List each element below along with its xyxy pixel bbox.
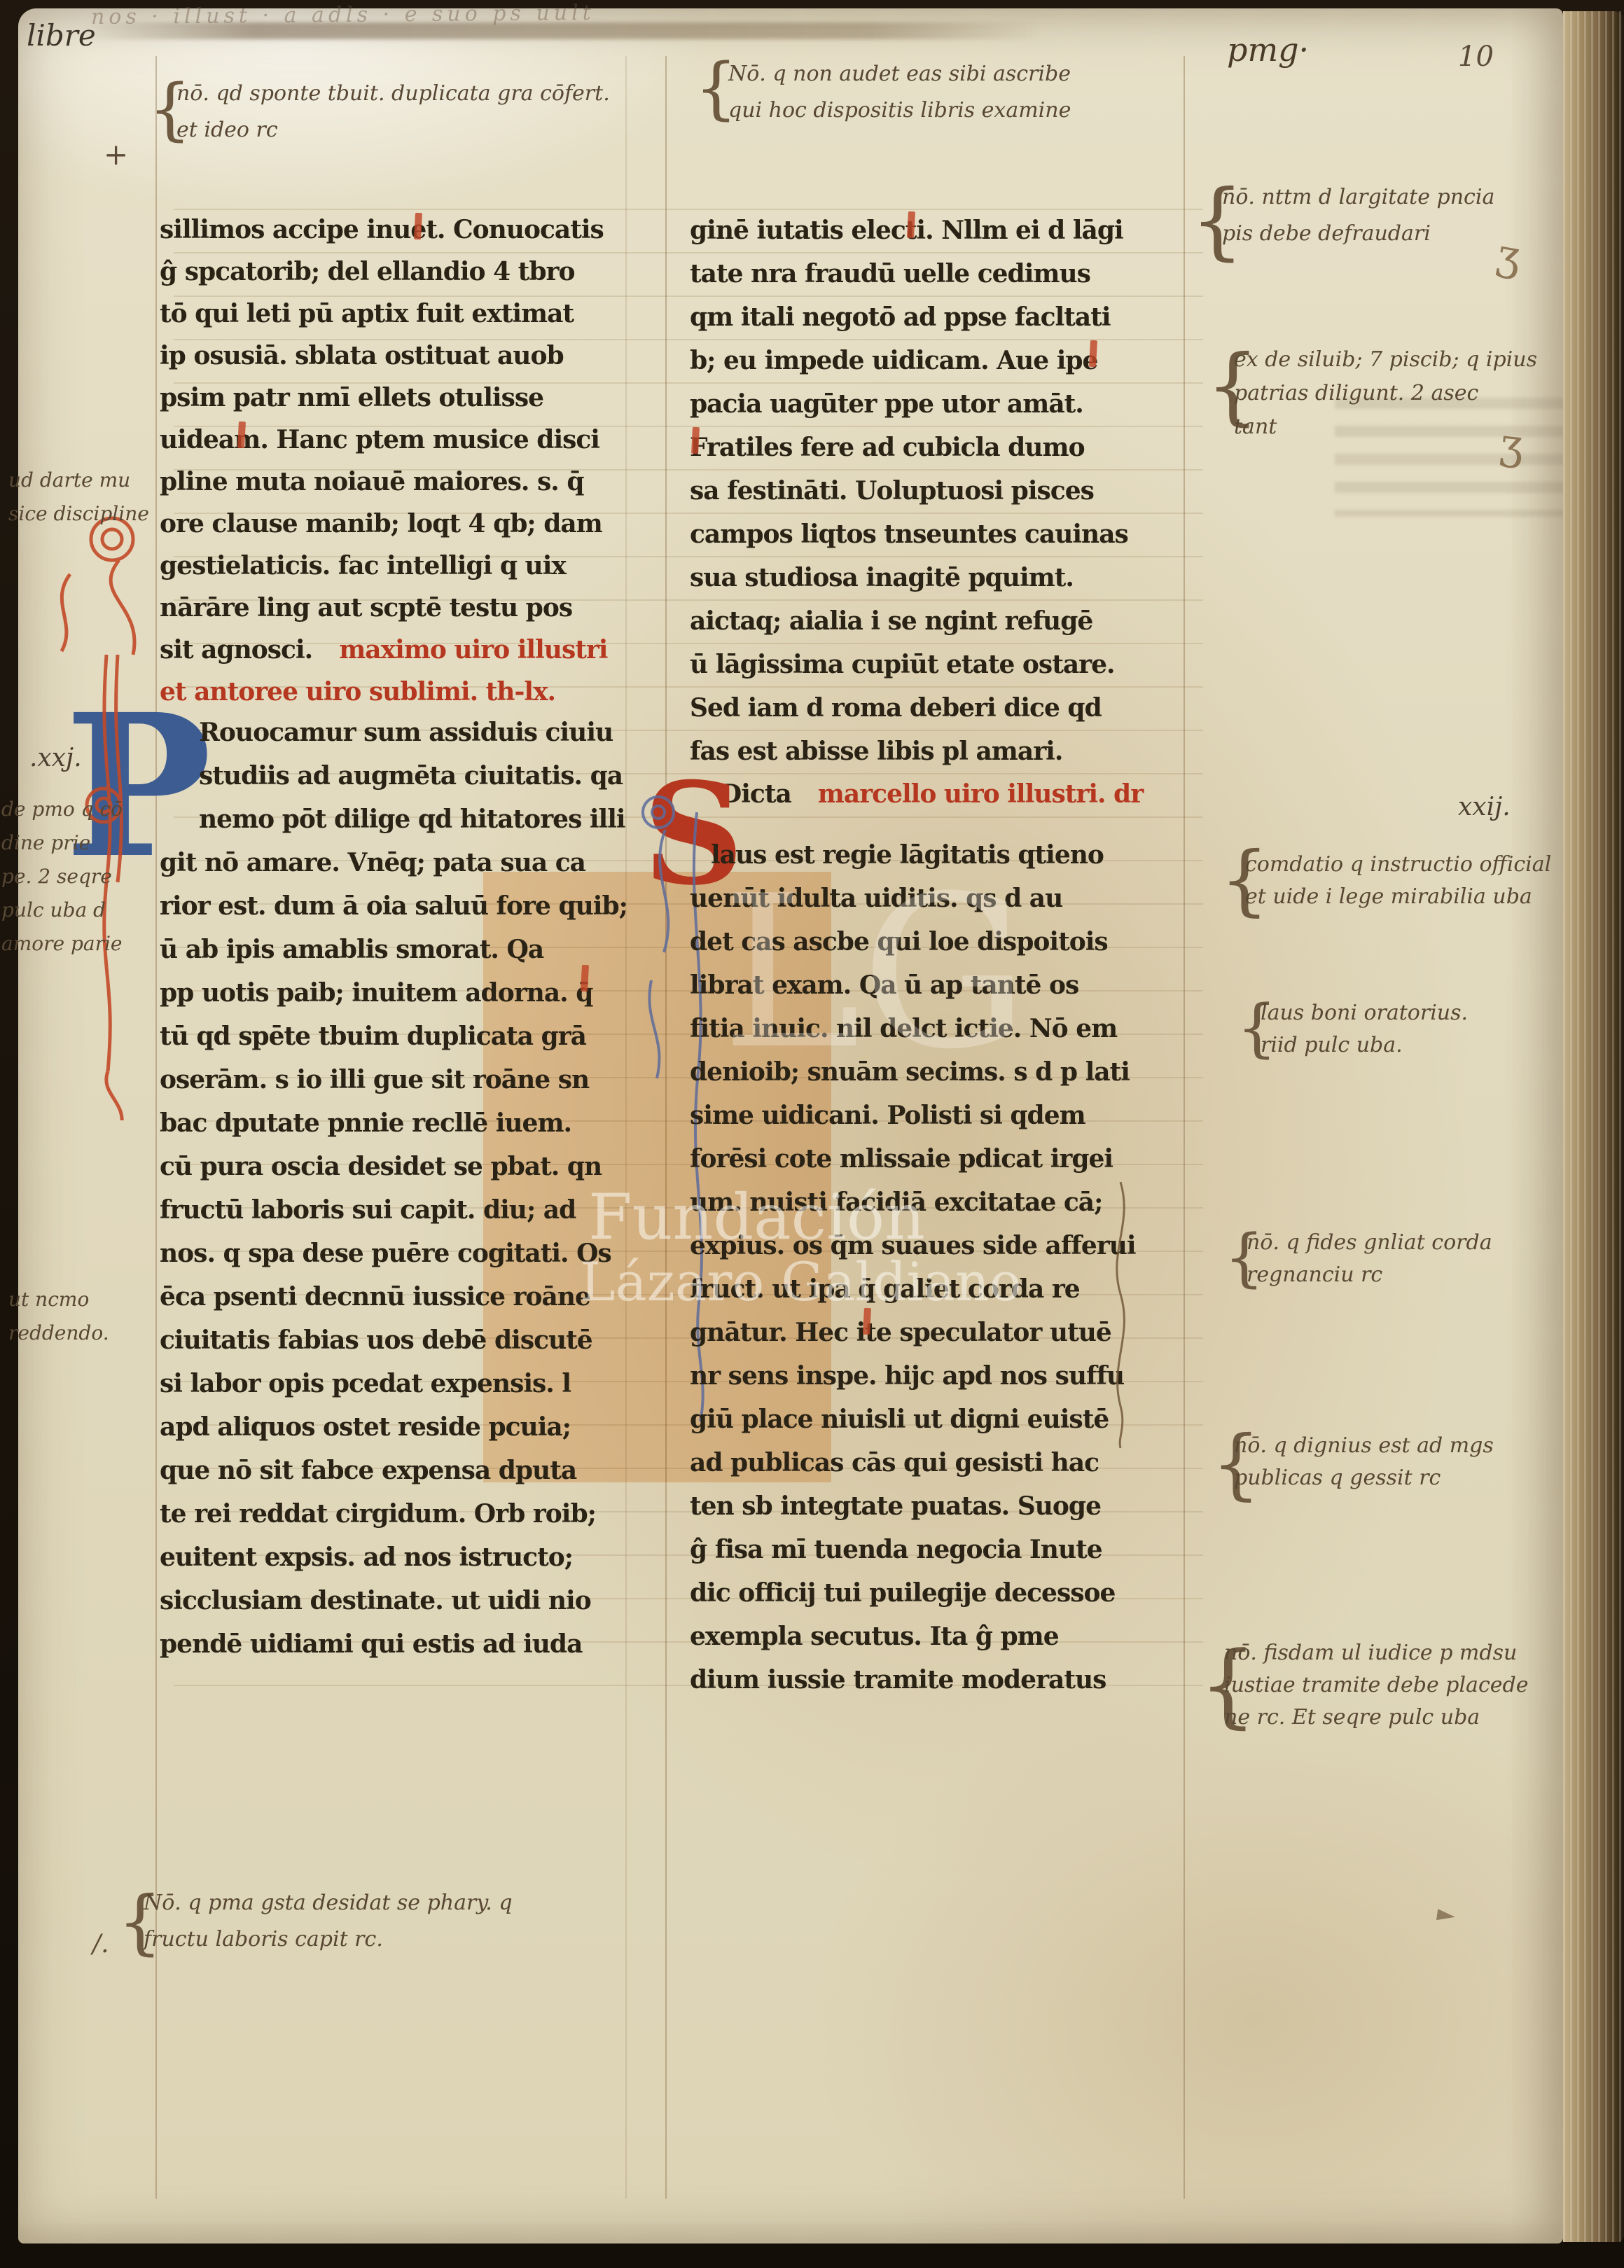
note-line: ud darte mu [8, 464, 149, 497]
margin-note-music: ud darte musice discipline [8, 464, 149, 531]
note-line: nō. q fides gnliat corda [1247, 1227, 1492, 1259]
note-line: amore parie [1, 927, 123, 961]
text-line: ad publicas cās qui gesisti hac [690, 1441, 1136, 1484]
text-line: b; eu impede uidicam. Aue ipe [690, 339, 1128, 382]
text-line: ū ab ipis amablis smorat. Qa [160, 928, 627, 971]
folio-number: 10 [1458, 41, 1494, 73]
text-line: sime uidicani. Polisti si qdem [690, 1094, 1136, 1137]
bottom-left-note: Nō. q pma gsta desidat se phary. qfructu… [144, 1885, 513, 1958]
note-line: publicas q gessit rc [1234, 1462, 1494, 1494]
note-line: iustiae tramite debe placede [1224, 1669, 1528, 1702]
left-column-text: sillimos accipe inuet. Conuocatisĝ spcat… [160, 209, 604, 629]
text-line: oserām. s io illi gue sit roāne sn [160, 1058, 627, 1101]
running-title: pmg· [1227, 31, 1309, 69]
note-line: comdatio q instructio official [1245, 849, 1551, 881]
text-line: ore clause manib; loqt 4 qb; dam [160, 503, 604, 545]
text-line: fruct. ut ipa q̄ galiet corda re [690, 1267, 1136, 1311]
text-line: euitent expsis. ad nos istructo; [160, 1536, 627, 1579]
text-line: sillimos accipe inuet. Conuocatis [160, 209, 604, 251]
top-right-note: Nō. q non audet eas sibi ascribequi hoc … [728, 56, 1071, 129]
note-line: reddendo. [8, 1316, 109, 1350]
note-line: pulc uba d [1, 893, 123, 927]
text-line: giū place niuisli ut digni euistē [690, 1398, 1136, 1441]
pen-squiggle-line [1105, 1182, 1136, 1448]
red-paraph-mark [414, 213, 422, 239]
text-line: pacia uagūter ppe utor amāt. [690, 382, 1128, 426]
text-line: ten sb integtate puatas. Suoge [690, 1484, 1136, 1528]
text-line: ciuitatis fabias uos debē discutē [160, 1319, 627, 1362]
red-paraph-mark [1089, 340, 1097, 367]
text-line: nemo pōt dilige qd hitatores illi [160, 798, 627, 841]
text-line: bac dputate pnnie recllē iuem. [160, 1101, 627, 1145]
rubric-red-run: marcello uiro illustri. dr [818, 779, 1143, 809]
note-line: Nō. q non audet eas sibi ascribe [728, 56, 1071, 92]
margin-note-primo: de pmo q cōdine priepe. 2 seqrepulc uba … [1, 793, 123, 961]
note-line: ut ncmo [8, 1283, 109, 1316]
note-line: nō. q dignius est ad mgs [1234, 1430, 1494, 1462]
text-line: laus est regie lāgitatis qtieno [690, 833, 1136, 877]
rubric-line-inline: sit agnosci.maximo uiro illustri [160, 629, 607, 671]
cross-mark: + [104, 137, 128, 172]
text-line: pendē uidiami qui estis ad iuda [160, 1622, 627, 1666]
margin-note-reddendo: ut ncmoreddendo. [8, 1283, 109, 1350]
text-line: Rouocamur sum assiduis ciuiu [160, 711, 627, 754]
note-line: ex de siluib; 7 piscib; q ipius [1234, 343, 1537, 377]
margin-note-laus: laus boni oratorius.riid pulc uba. [1261, 997, 1468, 1062]
vertical-rule-left [155, 56, 157, 2199]
text-line: Sed iam d roma deberi dice qd [690, 686, 1128, 730]
note-line: nō. fisdam ul iudice p mdsu [1224, 1637, 1528, 1669]
right-column-text: ginē iutatis electi. Nllm ei d lāgitate … [690, 209, 1128, 773]
note-line: qui hoc dispositis libris examine [728, 92, 1071, 129]
note-line: sice discipline [8, 497, 149, 531]
red-paraph-mark [237, 422, 246, 448]
text-line: qm itali negotō ad ppse facltati [690, 295, 1128, 339]
dicta-rubric-line: Dictamarcello uiro illustri. dr [720, 773, 1143, 815]
note-line: laus boni oratorius. [1261, 997, 1468, 1029]
rubric-red-run: maximo uiro illustri [339, 635, 607, 665]
text-line: rior est. dum ā oia saluū fore quib; [160, 884, 627, 928]
text-line: aictaq; aialia i se ngint refugē [690, 599, 1128, 643]
text-line: forēsi cote mlissaie pdicat irgei [690, 1137, 1136, 1181]
red-paraph-mark [691, 427, 700, 454]
corner-inscription: libre [27, 18, 96, 53]
text-line: campos liqtos tnseuntes cauinas [690, 513, 1128, 556]
right-column-text-s-section: laus est regie lāgitatis qtienouenūt idu… [690, 833, 1136, 1702]
rubric-line-2: et antoree uiro sublimi. th-lx. [160, 671, 555, 713]
note-line: nō. nttm d largitate pncia [1222, 179, 1494, 216]
text-line: denioib; snuām secims. s d p lati [690, 1050, 1136, 1094]
text-line: nārāre ling aut scptē testu pos [160, 587, 604, 629]
text-line: studiis ad augmēta ciuitatis. qa [160, 754, 627, 798]
text-line: que nō sit fabce expensa dputa [160, 1449, 627, 1492]
text-line: psim patr nmī ellets otulisse [160, 377, 604, 419]
text-line: dium iussie tramite moderatus [690, 1658, 1136, 1702]
text-line: cū pura oscia desidet se pbat. qn [160, 1145, 627, 1188]
text-line: apd aliquos ostet reside pcuia; [160, 1405, 627, 1449]
text-line: sua studiosa inagitē pquimt. [690, 556, 1128, 599]
note-line: Nō. q pma gsta desidat se phary. q [144, 1885, 513, 1921]
note-line: fructu laboris capit rc. [144, 1921, 513, 1958]
text-line: tō qui leti pū aptix fuit extimat [160, 293, 604, 335]
text-line: si labor opis pcedat expensis. l [160, 1362, 627, 1405]
text-line: pp uotis paib; inuitem adorna. q̄ [160, 971, 627, 1015]
text-line: uenūt idulta uiditis. qs d au [690, 877, 1136, 920]
text-line: ēca psenti decnnū iussice roāne [160, 1275, 627, 1319]
margin-note-iudice: nō. fisdam ul iudice p mdsuiustiae trami… [1224, 1637, 1528, 1734]
margin-note-piscibus: ex de siluib; 7 piscib; q ipiuspatrias d… [1234, 343, 1537, 444]
pen-mark [1436, 1909, 1456, 1922]
note-line: de pmo q cō [1, 793, 123, 826]
text-line: ĝ fisa mī tuenda negocia Inute [690, 1528, 1136, 1571]
margin-note-fides: nō. q fides gnliat cordaregnanciu rc [1247, 1227, 1492, 1291]
note-line: nō. qd sponte tbuit. duplicata gra cōfer… [176, 76, 610, 112]
margin-note-commendatio: comdatio q instructio officialet uide i … [1245, 849, 1551, 913]
text-line: Fratiles fere ad cubicla dumo [690, 426, 1128, 469]
text-line: gnātur. Hec ite speculator utuē [690, 1311, 1136, 1354]
text-line: librat exam. Qa ū ap tantē os [690, 963, 1136, 1007]
text-line: um. nuisti facidiā excitatae cā; [690, 1181, 1136, 1224]
note-line: et uide i lege mirabilia uba [1245, 881, 1551, 913]
red-paraph-mark [863, 1308, 871, 1335]
text-line: ĝ spcatorib; del ellandio 4 tbro [160, 251, 604, 293]
chapter-number-left: .xxj. [29, 744, 82, 772]
text-line: git nō amare. Vnēq; pata sua ca [160, 841, 627, 884]
note-line: dine prie [1, 826, 123, 860]
text-line: te rei reddat cirgidum. Orb roib; [160, 1492, 627, 1536]
red-paraph-mark [581, 965, 589, 992]
left-column-text-p-section: Rouocamur sum assiduis ciuiustudiis ad a… [160, 711, 627, 1666]
note-line: riid pulc uba. [1261, 1029, 1468, 1062]
top-left-note: nō. qd sponte tbuit. duplicata gra cōfer… [176, 76, 610, 148]
text-line: det cas ascbe qui loe dispoitois [690, 920, 1136, 963]
text-line: fitia inuic. nil delct ictie. Nō em [690, 1007, 1136, 1050]
note-line: et ideo rc [176, 112, 610, 148]
chapter-number-right: xxij. [1458, 793, 1511, 821]
vertical-rule-right [1184, 56, 1185, 2199]
margin-note-largitate: nō. nttm d largitate pnciapis debe defra… [1222, 179, 1494, 252]
text-line: ū lāgissima cupiūt etate ostare. [690, 643, 1128, 686]
note-line: pis debe defraudari [1222, 216, 1494, 252]
book-fore-edge [1563, 11, 1624, 2242]
note-line: patrias diligunt. 2 asec [1234, 377, 1537, 410]
text-line: sicclusiam destinate. ut uidi nio [160, 1579, 627, 1622]
text-line: ip osusiā. sblata ostituat auob [160, 335, 604, 377]
text-line: nos. q spa dese puēre cogitati. Os [160, 1232, 627, 1275]
text-line: tū qd spēte tbuim duplicata grā [160, 1015, 627, 1058]
text-line: uideam. Hanc ptem musice disci [160, 419, 604, 461]
note-line: pe. 2 seqre [1, 860, 123, 893]
text-line: tate nra fraudū uelle cedimus [690, 252, 1128, 295]
text-line: pline muta noiauē maiores. s. q̄ [160, 461, 604, 503]
text-line: dic officij tui puilegije decessoe [690, 1571, 1136, 1615]
note-line: tant [1234, 410, 1537, 444]
text-line: sa festināti. Uoluptuosi pisces [690, 469, 1128, 513]
text-line: nr sens inspe. hijc apd nos suffu [690, 1354, 1136, 1398]
note-line: ne rc. Et seqre pulc uba [1224, 1702, 1528, 1734]
text-line: gestielaticis. fac intelligi q uix [160, 545, 604, 587]
text-line: fructū laboris sui capit. diu; ad [160, 1188, 627, 1232]
red-paraph-mark [907, 211, 915, 238]
text-line: fas est abisse libis pl amari. [690, 730, 1128, 773]
faded-top-inscription: nos · illust · a adls · e suo ps uult [91, 1, 595, 29]
note-line: regnanciu rc [1247, 1259, 1492, 1291]
check-mark: /. [92, 1930, 109, 1959]
text-line: exempla secutus. Ita ĝ pme [690, 1615, 1136, 1658]
margin-note-dignius: nō. q dignius est ad mgspublicas q gessi… [1234, 1430, 1494, 1494]
text-line: expius. os q̄m suaues side afferui [690, 1224, 1136, 1267]
manuscript-scan: libre nos · illust · a adls · e suo ps u… [0, 0, 1624, 2268]
